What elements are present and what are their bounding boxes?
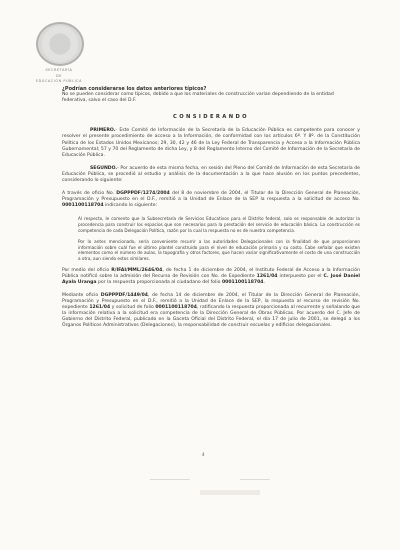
page-number: 4 — [202, 452, 205, 457]
paragraph-segundo: SEGUNDO.- Por acuerdo de esta misma fech… — [62, 166, 360, 184]
paragraph-oficio-1274: A través de oficio No. DGPPPDF/1274/2004… — [62, 191, 360, 209]
paragraph-ifai-notice: Por medio del oficio R/IFAI/MML/2646/04,… — [62, 268, 360, 286]
document-body: ¿Podrían considerarse los datos anterior… — [62, 86, 360, 336]
footer-rule — [240, 479, 270, 480]
text: . — [264, 280, 265, 285]
text: Mediante oficio — [62, 293, 101, 298]
segundo-lead: SEGUNDO. — [90, 166, 117, 171]
coat-of-arms-seal-icon — [36, 22, 84, 66]
text: por la respuesta proporcionada al ciudad… — [97, 280, 222, 285]
folio-number: 0001100118704 — [62, 203, 104, 208]
quoted-response-2: Por lo antes mencionado, sería convenien… — [78, 239, 360, 261]
footer-faint-text — [200, 490, 260, 495]
folio-number: 0001100118704 — [155, 305, 197, 310]
text: Por medio del oficio — [62, 268, 111, 273]
document-page: Secretaría de Educación Pública ¿Podrían… — [0, 0, 400, 550]
primero-lead: PRIMERO. — [90, 128, 115, 133]
org-line-3: Educación Pública — [30, 79, 88, 85]
quoted-response-1: Al respecto, le comento que la Subsecret… — [78, 216, 360, 233]
oficio-number: R/IFAI/MML/2646/04 — [111, 268, 162, 273]
text: y solicitud de folio — [110, 305, 155, 310]
oficio-number: DGPPPDF/1274/2004 — [116, 191, 170, 196]
paragraph-primero: PRIMERO.- Este Comité de Información de … — [62, 128, 360, 158]
text: interpuesto por el — [278, 274, 324, 279]
expediente-number: 1261/04 — [257, 274, 278, 279]
section-heading: CONSIDERANDO — [62, 114, 360, 120]
oficio-number: DGPPPDF/1449/04 — [101, 293, 148, 298]
folio-number: 0001100118704 — [222, 280, 264, 285]
footer-rule — [150, 479, 190, 480]
text: indicando lo siguiente: — [104, 203, 158, 208]
organization-label: Secretaría de Educación Pública — [30, 68, 88, 85]
expediente-number: 1261/04 — [89, 305, 110, 310]
question-answer: No se pueden considerar como típicos, de… — [62, 92, 360, 104]
text: A través de oficio No. — [62, 191, 116, 196]
paragraph-oficio-1449: Mediante oficio DGPPPDF/1449/04, de fech… — [62, 293, 360, 330]
